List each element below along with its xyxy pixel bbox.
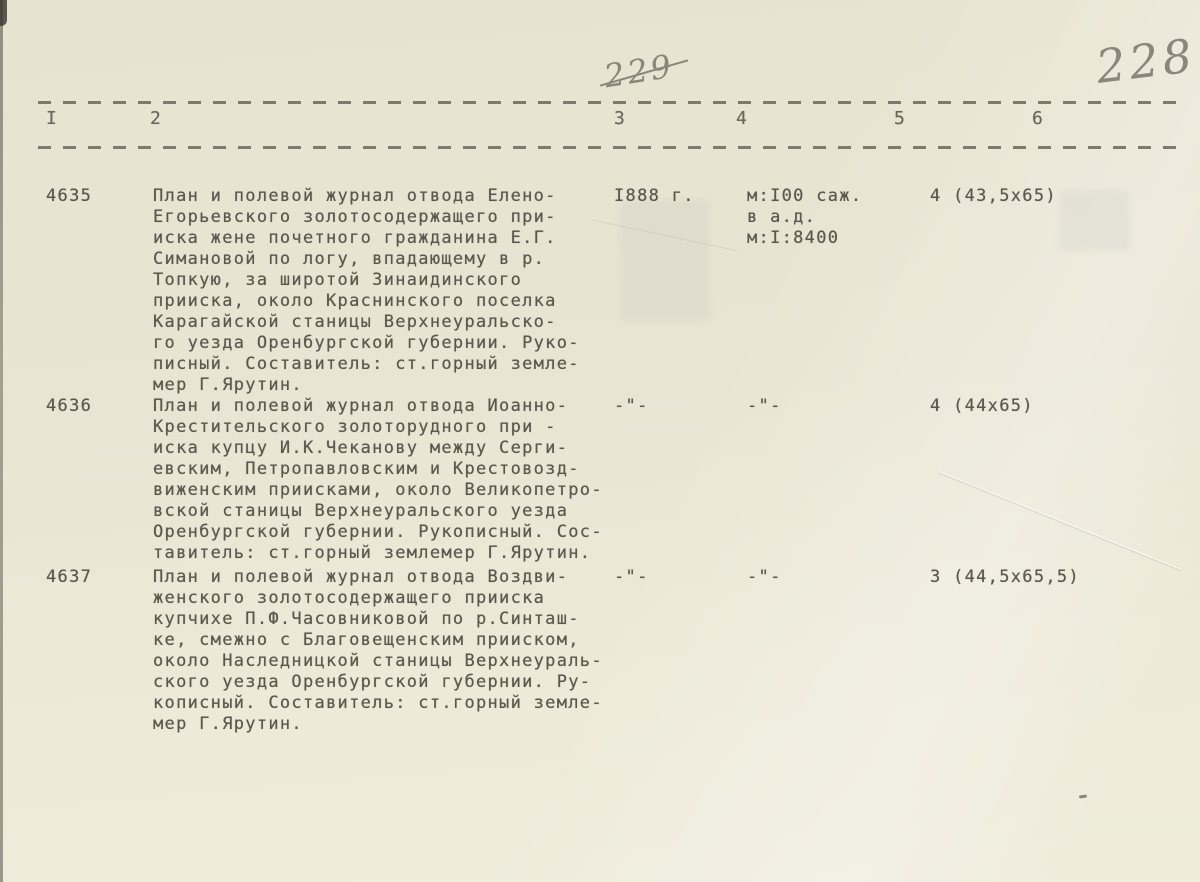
entry-number: 4637 bbox=[46, 567, 146, 588]
column-header-5: 5 bbox=[894, 108, 906, 129]
entry-scale: -"- bbox=[747, 567, 917, 588]
entry-number: 4635 bbox=[46, 186, 146, 207]
entry-scale: м:I00 саж. в а.д. м:I:8400 bbox=[747, 186, 917, 249]
dashed-rule-bottom bbox=[38, 146, 1178, 149]
ink-bleedthrough bbox=[620, 200, 710, 320]
column-header-1: I bbox=[46, 108, 58, 129]
scan-speck-artifact bbox=[1079, 794, 1087, 798]
entry-description: План и полевой журнал отвода Иоанно- Кре… bbox=[153, 396, 623, 564]
entry-scale: -"- bbox=[747, 396, 917, 417]
entry-sheets-format: 4 (43,5x65) bbox=[930, 186, 1150, 207]
entry-sheets-format: 4 (44x65) bbox=[930, 396, 1150, 417]
handwritten-page-number: 228 bbox=[1093, 28, 1199, 94]
entry-sheets-format: 3 (44,5x65,5) bbox=[930, 567, 1150, 588]
column-header-2: 2 bbox=[150, 108, 162, 129]
dashed-rule-top bbox=[38, 101, 1178, 104]
handwritten-page-number-crossed-out: 229 bbox=[601, 47, 676, 95]
column-header-6: 6 bbox=[1032, 108, 1044, 129]
paper-crease bbox=[939, 471, 1180, 569]
entry-description: План и полевой журнал отвода Елено- Егор… bbox=[153, 186, 623, 396]
scan-corner-artifact bbox=[0, 0, 7, 26]
column-header-4: 4 bbox=[736, 108, 748, 129]
archival-inventory-page: 229 228 I 2 3 4 5 6 4635 План и полевой … bbox=[0, 0, 1200, 882]
entry-description: План и полевой журнал отвода Воздви- жен… bbox=[153, 567, 623, 735]
entry-date: -"- bbox=[614, 396, 734, 417]
entry-number: 4636 bbox=[46, 396, 146, 417]
entry-date: -"- bbox=[614, 567, 734, 588]
column-header-3: 3 bbox=[614, 108, 626, 129]
scan-left-edge bbox=[0, 0, 3, 882]
entry-date: I888 г. bbox=[614, 186, 734, 207]
